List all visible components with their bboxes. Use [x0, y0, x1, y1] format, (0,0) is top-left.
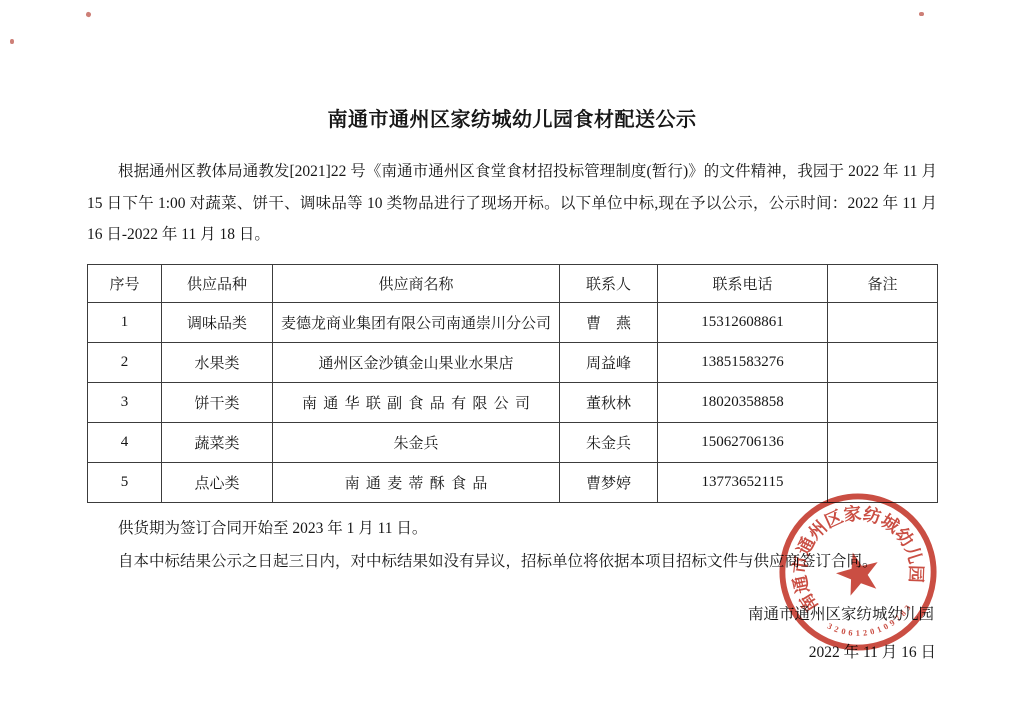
document-page: 南通市通州区家纺城幼儿园食材配送公示 根据通州区教体局通教发[2021]22 号…	[0, 0, 1024, 724]
signature-block: 南通市通州区家纺城幼儿园 2022 年 11 月 16 日	[87, 602, 937, 662]
cell-seq: 5	[88, 462, 162, 502]
cell-category: 蔬菜类	[162, 422, 273, 462]
cell-contact: 曹 燕	[560, 302, 658, 342]
table-row: 1 调味品类 麦德龙商业集团有限公司南通崇川分公司 曹 燕 1531260886…	[88, 302, 938, 342]
cell-remark	[828, 462, 938, 502]
cell-contact: 周益峰	[560, 342, 658, 382]
objection-note: 自本中标结果公示之日起三日内，对中标结果如没有异议，招标单位将依据本项目招标文件…	[87, 545, 937, 578]
intro-paragraph: 根据通州区教体局通教发[2021]22 号《南通市通州区食堂食材招投标管理制度(…	[87, 156, 937, 251]
col-header-seq: 序号	[88, 264, 162, 302]
cell-seq: 1	[88, 302, 162, 342]
cell-contact: 曹梦婷	[560, 462, 658, 502]
cell-supplier: 南通华联副食品有限公司	[273, 382, 560, 422]
cell-category: 调味品类	[162, 302, 273, 342]
table-header-row: 序号 供应品种 供应商名称 联系人 联系电话 备注	[88, 264, 938, 302]
cell-remark	[828, 342, 938, 382]
cell-seq: 2	[88, 342, 162, 382]
cell-phone: 15312608861	[658, 302, 828, 342]
cell-supplier: 通州区金沙镇金山果业水果店	[273, 342, 560, 382]
cell-remark	[828, 422, 938, 462]
cell-category: 水果类	[162, 342, 273, 382]
supply-period-note: 供货期为签订合同开始至 2023 年 1 月 11 日。	[87, 512, 937, 545]
cell-contact: 朱金兵	[560, 422, 658, 462]
col-header-remark: 备注	[828, 264, 938, 302]
cell-remark	[828, 382, 938, 422]
table-row: 5 点心类 南通麦蒂酥食品 曹梦婷 13773652115	[88, 462, 938, 502]
scan-artifact	[919, 12, 924, 16]
cell-supplier: 麦德龙商业集团有限公司南通崇川分公司	[273, 302, 560, 342]
cell-phone: 13773652115	[658, 462, 828, 502]
col-header-phone: 联系电话	[658, 264, 828, 302]
cell-supplier: 朱金兵	[273, 422, 560, 462]
document-content: 南通市通州区家纺城幼儿园食材配送公示 根据通州区教体局通教发[2021]22 号…	[87, 103, 937, 662]
cell-seq: 3	[88, 382, 162, 422]
cell-phone: 18020358858	[658, 382, 828, 422]
table-row: 3 饼干类 南通华联副食品有限公司 董秋林 18020358858	[88, 382, 938, 422]
table-row: 2 水果类 通州区金沙镇金山果业水果店 周益峰 13851583276	[88, 342, 938, 382]
table-row: 4 蔬菜类 朱金兵 朱金兵 15062706136	[88, 422, 938, 462]
scan-artifact	[85, 11, 91, 17]
cell-category: 饼干类	[162, 382, 273, 422]
cell-remark	[828, 302, 938, 342]
suppliers-table: 序号 供应品种 供应商名称 联系人 联系电话 备注 1 调味品类 麦德龙商业集团…	[87, 264, 938, 503]
cell-seq: 4	[88, 422, 162, 462]
cell-contact: 董秋林	[560, 382, 658, 422]
signature-date: 2022 年 11 月 16 日	[87, 640, 937, 662]
page-title: 南通市通州区家纺城幼儿园食材配送公示	[87, 103, 937, 132]
cell-phone: 13851583276	[658, 342, 828, 382]
scan-artifact	[10, 39, 14, 44]
col-header-contact: 联系人	[560, 264, 658, 302]
cell-category: 点心类	[162, 462, 273, 502]
cell-supplier: 南通麦蒂酥食品	[273, 462, 560, 502]
cell-phone: 15062706136	[658, 422, 828, 462]
signature-organization: 南通市通州区家纺城幼儿园	[87, 602, 937, 624]
col-header-category: 供应品种	[162, 264, 273, 302]
col-header-supplier: 供应商名称	[273, 264, 560, 302]
